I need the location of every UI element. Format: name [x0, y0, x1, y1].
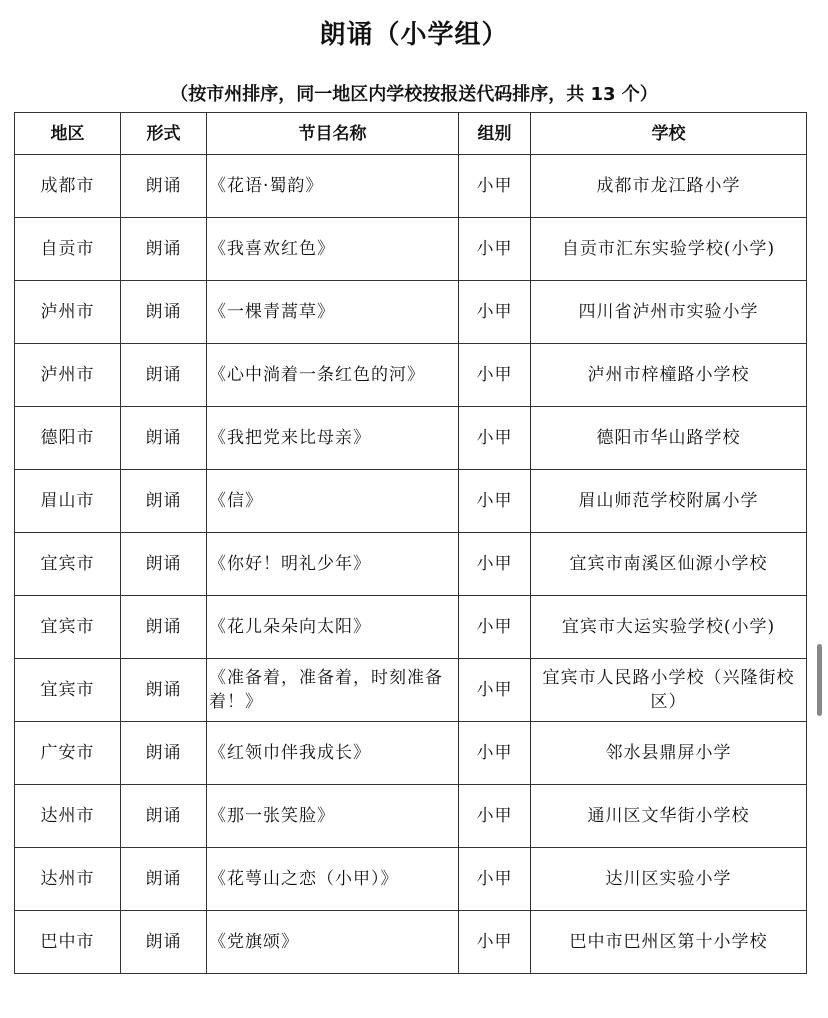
- table-row: 泸州市 朗诵 《一棵青蒿草》 小甲 四川省泸州市实验小学: [15, 281, 807, 344]
- table-row: 成都市 朗诵 《花语·蜀韵》 小甲 成都市龙江路小学: [15, 155, 807, 218]
- cell-group: 小甲: [459, 911, 531, 974]
- cell-form: 朗诵: [121, 596, 207, 659]
- cell-program: 《花儿朵朵向太阳》: [207, 596, 459, 659]
- cell-group: 小甲: [459, 281, 531, 344]
- table-row: 泸州市 朗诵 《心中淌着一条红色的河》 小甲 泸州市梓橦路小学校: [15, 344, 807, 407]
- cell-program: 《信》: [207, 470, 459, 533]
- cell-school: 巴中市巴州区第十小学校: [531, 911, 807, 974]
- cell-region: 达州市: [15, 785, 121, 848]
- cell-program: 《花萼山之恋（小甲）》: [207, 848, 459, 911]
- cell-form: 朗诵: [121, 344, 207, 407]
- page-subtitle: （按市州排序，同一地区内学校按报送代码排序，共 13 个）: [0, 80, 828, 106]
- cell-school: 宜宾市大运实验学校(小学): [531, 596, 807, 659]
- cell-group: 小甲: [459, 218, 531, 281]
- cell-form: 朗诵: [121, 470, 207, 533]
- cell-form: 朗诵: [121, 281, 207, 344]
- table-row: 德阳市 朗诵 《我把党来比母亲》 小甲 德阳市华山路学校: [15, 407, 807, 470]
- cell-region: 自贡市: [15, 218, 121, 281]
- cell-program: 《准备着，准备着，时刻准备着！》: [207, 659, 459, 722]
- cell-group: 小甲: [459, 596, 531, 659]
- cell-form: 朗诵: [121, 785, 207, 848]
- cell-school: 宜宾市人民路小学校（兴隆街校区）: [531, 659, 807, 722]
- cell-region: 泸州市: [15, 344, 121, 407]
- cell-school: 德阳市华山路学校: [531, 407, 807, 470]
- cell-region: 泸州市: [15, 281, 121, 344]
- table-row: 达州市 朗诵 《花萼山之恋（小甲）》 小甲 达川区实验小学: [15, 848, 807, 911]
- cell-form: 朗诵: [121, 218, 207, 281]
- cell-form: 朗诵: [121, 911, 207, 974]
- cell-group: 小甲: [459, 155, 531, 218]
- cell-group: 小甲: [459, 659, 531, 722]
- cell-form: 朗诵: [121, 722, 207, 785]
- vertical-scrollbar[interactable]: [817, 644, 822, 716]
- cell-group: 小甲: [459, 470, 531, 533]
- cell-region: 巴中市: [15, 911, 121, 974]
- cell-region: 广安市: [15, 722, 121, 785]
- cell-program: 《那一张笑脸》: [207, 785, 459, 848]
- cell-program: 《你好！明礼少年》: [207, 533, 459, 596]
- table-row: 宜宾市 朗诵 《准备着，准备着，时刻准备着！》 小甲 宜宾市人民路小学校（兴隆街…: [15, 659, 807, 722]
- cell-program: 《红领巾伴我成长》: [207, 722, 459, 785]
- cell-program: 《花语·蜀韵》: [207, 155, 459, 218]
- cell-group: 小甲: [459, 533, 531, 596]
- cell-region: 成都市: [15, 155, 121, 218]
- entries-table: 地区 形式 节目名称 组别 学校 成都市 朗诵 《花语·蜀韵》 小甲 成都市龙江…: [14, 112, 807, 974]
- cell-group: 小甲: [459, 344, 531, 407]
- cell-school: 自贡市汇东实验学校(小学): [531, 218, 807, 281]
- cell-school: 泸州市梓橦路小学校: [531, 344, 807, 407]
- cell-program: 《心中淌着一条红色的河》: [207, 344, 459, 407]
- header-school: 学校: [531, 113, 807, 155]
- header-form: 形式: [121, 113, 207, 155]
- cell-region: 宜宾市: [15, 659, 121, 722]
- cell-group: 小甲: [459, 785, 531, 848]
- cell-region: 达州市: [15, 848, 121, 911]
- cell-school: 四川省泸州市实验小学: [531, 281, 807, 344]
- table-row: 自贡市 朗诵 《我喜欢红色》 小甲 自贡市汇东实验学校(小学): [15, 218, 807, 281]
- page-title: 朗诵（小学组）: [0, 14, 828, 51]
- header-program: 节目名称: [207, 113, 459, 155]
- cell-program: 《党旗颂》: [207, 911, 459, 974]
- cell-form: 朗诵: [121, 659, 207, 722]
- table-row: 宜宾市 朗诵 《花儿朵朵向太阳》 小甲 宜宾市大运实验学校(小学): [15, 596, 807, 659]
- cell-region: 宜宾市: [15, 533, 121, 596]
- cell-form: 朗诵: [121, 533, 207, 596]
- cell-group: 小甲: [459, 407, 531, 470]
- table-row: 宜宾市 朗诵 《你好！明礼少年》 小甲 宜宾市南溪区仙源小学校: [15, 533, 807, 596]
- table-header-row: 地区 形式 节目名称 组别 学校: [15, 113, 807, 155]
- cell-region: 眉山市: [15, 470, 121, 533]
- cell-region: 德阳市: [15, 407, 121, 470]
- cell-school: 成都市龙江路小学: [531, 155, 807, 218]
- cell-group: 小甲: [459, 722, 531, 785]
- cell-school: 眉山师范学校附属小学: [531, 470, 807, 533]
- cell-program: 《我把党来比母亲》: [207, 407, 459, 470]
- cell-form: 朗诵: [121, 155, 207, 218]
- cell-form: 朗诵: [121, 848, 207, 911]
- cell-school: 通川区文华街小学校: [531, 785, 807, 848]
- table-row: 广安市 朗诵 《红领巾伴我成长》 小甲 邻水县鼎屏小学: [15, 722, 807, 785]
- header-region: 地区: [15, 113, 121, 155]
- cell-form: 朗诵: [121, 407, 207, 470]
- header-group: 组别: [459, 113, 531, 155]
- cell-program: 《我喜欢红色》: [207, 218, 459, 281]
- cell-school: 宜宾市南溪区仙源小学校: [531, 533, 807, 596]
- table-row: 达州市 朗诵 《那一张笑脸》 小甲 通川区文华街小学校: [15, 785, 807, 848]
- cell-program: 《一棵青蒿草》: [207, 281, 459, 344]
- table-row: 巴中市 朗诵 《党旗颂》 小甲 巴中市巴州区第十小学校: [15, 911, 807, 974]
- table-row: 眉山市 朗诵 《信》 小甲 眉山师范学校附属小学: [15, 470, 807, 533]
- cell-school: 达川区实验小学: [531, 848, 807, 911]
- cell-group: 小甲: [459, 848, 531, 911]
- cell-region: 宜宾市: [15, 596, 121, 659]
- cell-school: 邻水县鼎屏小学: [531, 722, 807, 785]
